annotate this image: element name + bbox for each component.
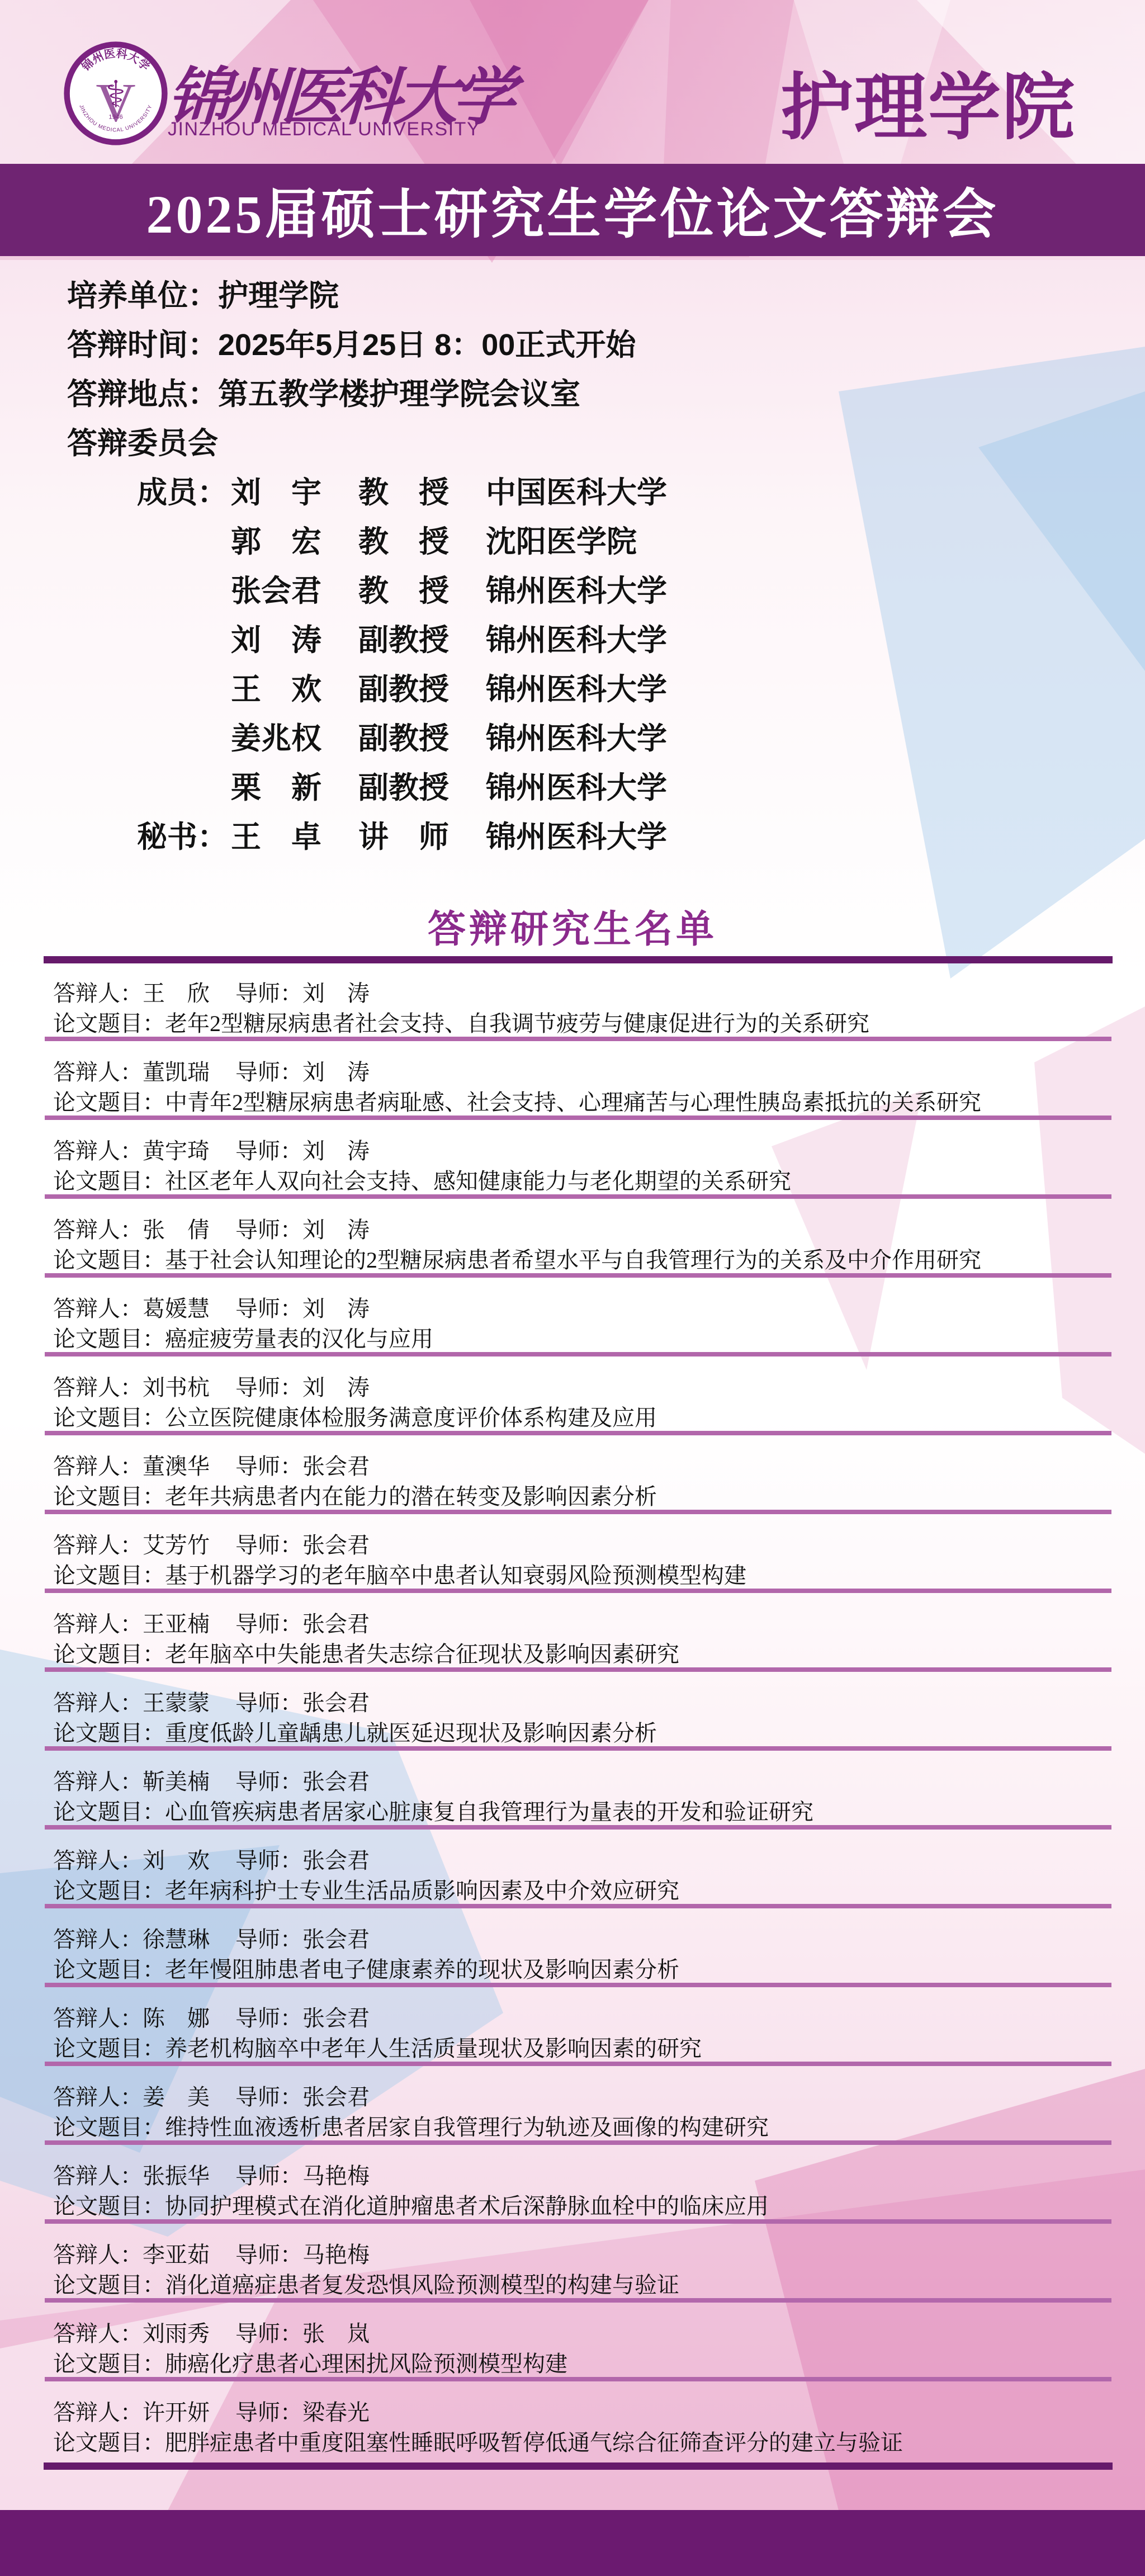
- event-title: 2025届硕士研究生学位论文答辩会: [146, 172, 999, 248]
- committee-member-name: 郭 宏: [231, 518, 327, 561]
- thesis-label: 论文题目：: [53, 2351, 165, 2376]
- advisor-name: 刘 涛: [302, 1370, 372, 1402]
- committee-role-label: 秘书：: [137, 813, 231, 856]
- thesis-title: 基于社会认知理论的2型糖尿病患者希望水平与自我管理行为的关系及中介作用研究: [165, 1247, 981, 1273]
- thesis-title: 基于机器学习的老年脑卒中患者认知衰弱风险预测模型构建: [165, 1563, 746, 1588]
- advisor-label: 导师：: [235, 1690, 302, 1715]
- entry-defender-line: 答辩人：葛媛慧导师：刘 涛: [53, 1291, 372, 1323]
- committee-row: 刘 涛副教授锦州医科大学: [137, 613, 1111, 662]
- defense-entry: 答辩人：董凯瑞导师：刘 涛 论文题目：中青年2型糖尿病患者病耻感、社会支持、心理…: [53, 1042, 1106, 1121]
- entry-defender-line: 答辩人：许开妍导师：梁春光: [53, 2395, 372, 2427]
- committee-member-title: 教 授: [358, 469, 455, 512]
- thesis-title: 心血管疾病患者居家心脏康复自我管理行为量表的开发和验证研究: [165, 1799, 813, 1825]
- thesis-title: 消化道癌症患者复发恐惧风险预测模型的构建与验证: [165, 2272, 679, 2298]
- info-label: 培养单位：: [67, 272, 218, 315]
- advisor-label: 导师：: [235, 1533, 302, 1558]
- thesis-label: 论文题目：: [53, 1957, 165, 1982]
- entry-thesis-line: 论文题目：老年病科护士专业生活品质影响因素及中介效应研究: [53, 1873, 679, 1905]
- defense-entry: 答辩人：艾芳竹导师：张会君 论文题目：基于机器学习的老年脑卒中患者认知衰弱风险预…: [53, 1515, 1106, 1594]
- defender-label: 答辩人：: [53, 2085, 143, 2110]
- committee-member-org: 锦州医科大学: [486, 764, 667, 807]
- thesis-title: 老年病科护士专业生活品质影响因素及中介效应研究: [165, 1878, 679, 1903]
- defense-entry: 答辩人：许开妍导师：梁春光 论文题目：肥胖症患者中重度阻塞性睡眠呼吸暂停低通气综…: [53, 2383, 1106, 2461]
- thesis-title: 协同护理模式在消化道肿瘤患者术后深静脉血栓中的临床应用: [165, 2194, 769, 2219]
- defender-name: 靳美楠: [143, 1764, 212, 1796]
- info-lines: 培养单位：护理学院 答辩时间：2025年5月25日 8：00正式开始 答辩地点：…: [67, 268, 1111, 465]
- entry-thesis-line: 论文题目：老年2型糖尿病患者社会支持、自我调节疲劳与健康促进行为的关系研究: [53, 1006, 869, 1038]
- committee-member-name: 刘 涛: [231, 616, 327, 659]
- caduceus-icon: ⚕: [106, 74, 126, 116]
- divider-thin: [45, 2219, 1111, 2224]
- defender-name: 徐慧琳: [143, 1922, 212, 1954]
- advisor-label: 导师：: [235, 1927, 302, 1952]
- divider-thin: [45, 1037, 1111, 1041]
- divider-thin: [45, 2377, 1111, 2381]
- thesis-title: 中青年2型糖尿病患者病耻感、社会支持、心理痛苦与心理性胰岛素抵抗的关系研究: [165, 1090, 981, 1115]
- advisor-label: 导师：: [235, 981, 302, 1006]
- defense-entry: 答辩人：李亚茹导师：马艳梅 论文题目：消化道癌症患者复发恐惧风险预测模型的构建与…: [53, 2225, 1106, 2304]
- committee-member-name: 栗 新: [231, 764, 327, 807]
- entry-thesis-line: 论文题目：基于机器学习的老年脑卒中患者认知衰弱风险预测模型构建: [53, 1558, 746, 1590]
- advisor-name: 梁春光: [302, 2395, 372, 2427]
- advisor-label: 导师：: [235, 2321, 302, 2346]
- advisor-label: 导师：: [235, 2006, 302, 2031]
- committee-member-org: 锦州医科大学: [486, 715, 667, 758]
- entry-defender-line: 答辩人：张振华导师：马艳梅: [53, 2158, 372, 2190]
- university-seal-logo: 锦州医科大学 JINZHOU MEDICAL UNIVERSITY V ⚕ 19…: [63, 40, 169, 146]
- entry-defender-line: 答辩人：董凯瑞导师：刘 涛: [53, 1055, 372, 1086]
- entry-thesis-line: 论文题目：癌症疲劳量表的汉化与应用: [53, 1321, 433, 1353]
- advisor-name: 马艳梅: [302, 2158, 372, 2190]
- thesis-title: 老年脑卒中失能患者失志综合征现状及影响因素研究: [165, 1642, 679, 1667]
- defender-label: 答辩人：: [53, 1848, 143, 1873]
- divider-thin: [45, 1431, 1111, 1435]
- committee-member-title: 副教授: [358, 616, 455, 659]
- thesis-title: 老年共病患者内在能力的潜在转变及影响因素分析: [165, 1484, 657, 1509]
- info-line: 培养单位：护理学院: [67, 268, 1111, 318]
- advisor-label: 导师：: [235, 2242, 302, 2267]
- defender-label: 答辩人：: [53, 2006, 143, 2031]
- advisor-label: 导师：: [235, 1848, 302, 1873]
- defender-label: 答辩人：: [53, 1927, 143, 1952]
- divider-thin: [45, 1983, 1111, 1987]
- committee-member-title: 教 授: [358, 567, 455, 610]
- divider-thin: [45, 1510, 1111, 1514]
- seal-year: 1946: [108, 114, 122, 121]
- defender-label: 答辩人：: [53, 2321, 143, 2346]
- defender-name: 刘书杭: [143, 1370, 212, 1402]
- defender-name: 王 欣: [143, 976, 212, 1008]
- entry-thesis-line: 论文题目：公立医院健康体检服务满意度评价体系构建及应用: [53, 1400, 657, 1432]
- defender-label: 答辩人：: [53, 1454, 143, 1479]
- committee-member-title: 副教授: [358, 715, 455, 758]
- thesis-title: 养老机构脑卒中老年人生活质量现状及影响因素的研究: [165, 2036, 702, 2061]
- advisor-name: 刘 涛: [302, 976, 372, 1008]
- advisor-name: 张会君: [302, 1764, 372, 1796]
- entry-thesis-line: 论文题目：心血管疾病患者居家心脏康复自我管理行为量表的开发和验证研究: [53, 1794, 813, 1826]
- defense-entry: 答辩人：刘书杭导师：刘 涛 论文题目：公立医院健康体检服务满意度评价体系构建及应…: [53, 1358, 1106, 1436]
- info-value: 2025年5月25日 8：00正式开始: [218, 321, 636, 364]
- info-section: 培养单位：护理学院 答辩时间：2025年5月25日 8：00正式开始 答辩地点：…: [67, 268, 1111, 859]
- advisor-name: 张 岚: [302, 2316, 372, 2348]
- defender-label: 答辩人：: [53, 1217, 143, 1242]
- defense-entry: 答辩人：徐慧琳导师：张会君 论文题目：老年慢阻肺患者电子健康素养的现状及影响因素…: [53, 1909, 1106, 1988]
- advisor-label: 导师：: [235, 1060, 302, 1085]
- thesis-label: 论文题目：: [53, 1011, 165, 1036]
- defender-name: 董凯瑞: [143, 1055, 212, 1086]
- committee-member-title: 讲 师: [358, 813, 455, 856]
- defense-entry: 答辩人：刘 欢导师：张会君 论文题目：老年病科护士专业生活品质影响因素及中介效应…: [53, 1831, 1106, 1909]
- entry-thesis-line: 论文题目：老年脑卒中失能患者失志综合征现状及影响因素研究: [53, 1637, 679, 1669]
- footer-bar: [0, 2510, 1145, 2576]
- advisor-name: 刘 涛: [302, 1291, 372, 1323]
- defense-entry: 答辩人：王 欣导师：刘 涛 论文题目：老年2型糖尿病患者社会支持、自我调节疲劳与…: [53, 963, 1106, 1042]
- entry-defender-line: 答辩人：刘雨秀导师：张 岚: [53, 2316, 372, 2348]
- entry-defender-line: 答辩人：刘 欢导师：张会君: [53, 1843, 372, 1875]
- committee-row: 郭 宏教 授沈阳医学院: [137, 514, 1111, 564]
- thesis-label: 论文题目：: [53, 2194, 165, 2219]
- divider-thin: [45, 1667, 1111, 1672]
- defender-name: 刘 欢: [143, 1843, 212, 1875]
- college-name: 护理学院: [780, 49, 1076, 154]
- thesis-label: 论文题目：: [53, 1799, 165, 1825]
- info-value: 护理学院: [218, 272, 339, 315]
- advisor-name: 张会君: [302, 1922, 372, 1954]
- entry-defender-line: 答辩人：李亚茹导师：马艳梅: [53, 2237, 372, 2269]
- defender-name: 李亚茹: [143, 2237, 212, 2269]
- defender-label: 答辩人：: [53, 1060, 143, 1085]
- info-value: 第五教学楼护理学院会议室: [218, 370, 580, 413]
- defender-label: 答辩人：: [53, 1611, 143, 1637]
- thesis-title: 肺癌化疗患者心理困扰风险预测模型构建: [165, 2351, 567, 2376]
- defender-name: 张 倩: [143, 1212, 212, 1244]
- thesis-title: 重度低龄儿童龋患儿就医延迟现状及影响因素分析: [165, 1721, 657, 1746]
- committee-member-org: 锦州医科大学: [486, 813, 667, 856]
- committee-member-title: 副教授: [358, 665, 455, 708]
- committee-row: 王 欢副教授锦州医科大学: [137, 662, 1111, 711]
- divider-thin: [45, 1589, 1111, 1593]
- entry-thesis-line: 论文题目：老年慢阻肺患者电子健康素养的现状及影响因素分析: [53, 1952, 679, 1984]
- entry-defender-line: 答辩人：刘书杭导师：刘 涛: [53, 1370, 372, 1402]
- entry-defender-line: 答辩人：黄宇琦导师：刘 涛: [53, 1133, 372, 1165]
- entry-defender-line: 答辩人：王亚楠导师：张会君: [53, 1606, 372, 1638]
- advisor-label: 导师：: [235, 2163, 302, 2189]
- thesis-title: 老年2型糖尿病患者社会支持、自我调节疲劳与健康促进行为的关系研究: [165, 1011, 869, 1036]
- thesis-title: 老年慢阻肺患者电子健康素养的现状及影响因素分析: [165, 1957, 679, 1982]
- divider-thin: [45, 1904, 1111, 1908]
- defense-poster: 锦州医科大学 JINZHOU MEDICAL UNIVERSITY V ⚕ 19…: [0, 0, 1145, 2576]
- defender-label: 答辩人：: [53, 2163, 143, 2189]
- entry-defender-line: 答辩人：王 欣导师：刘 涛: [53, 976, 372, 1008]
- thesis-title: 社区老年人双向社会支持、感知健康能力与老化期望的关系研究: [165, 1169, 791, 1194]
- defender-name: 王亚楠: [143, 1606, 212, 1638]
- defense-entry: 答辩人：刘雨秀导师：张 岚 论文题目：肺癌化疗患者心理困扰风险预测模型构建: [53, 2304, 1106, 2383]
- defender-name: 许开妍: [143, 2395, 212, 2427]
- thesis-label: 论文题目：: [53, 2115, 165, 2140]
- thesis-title: 维持性血液透析患者居家自我管理行为轨迹及画像的构建研究: [165, 2115, 769, 2140]
- divider-thin: [45, 1194, 1111, 1199]
- advisor-label: 导师：: [235, 1375, 302, 1400]
- entry-thesis-line: 论文题目：协同护理模式在消化道肿瘤患者术后深静脉血栓中的临床应用: [53, 2189, 769, 2220]
- entry-thesis-line: 论文题目：养老机构脑卒中老年人生活质量现状及影响因素的研究: [53, 2031, 702, 2063]
- advisor-name: 张会君: [302, 1843, 372, 1875]
- advisor-label: 导师：: [235, 2400, 302, 2425]
- committee-member-org: 锦州医科大学: [486, 665, 667, 708]
- entry-defender-line: 答辩人：姜 美导师：张会君: [53, 2079, 372, 2111]
- thesis-label: 论文题目：: [53, 1326, 165, 1351]
- defense-entry: 答辩人：陈 娜导师：张会君 论文题目：养老机构脑卒中老年人生活质量现状及影响因素…: [53, 1988, 1106, 2067]
- defender-name: 艾芳竹: [143, 1528, 212, 1559]
- thesis-title: 公立医院健康体检服务满意度评价体系构建及应用: [165, 1405, 657, 1430]
- defense-entries: 答辩人：王 欣导师：刘 涛 论文题目：老年2型糖尿病患者社会支持、自我调节疲劳与…: [53, 963, 1106, 2461]
- thesis-label: 论文题目：: [53, 1642, 165, 1667]
- defender-name: 陈 娜: [143, 2001, 212, 2033]
- defense-entry: 答辩人：董澳华导师：张会君 论文题目：老年共病患者内在能力的潜在转变及影响因素分…: [53, 1436, 1106, 1515]
- defense-entry: 答辩人：葛媛慧导师：刘 涛 论文题目：癌症疲劳量表的汉化与应用: [53, 1279, 1106, 1358]
- entry-defender-line: 答辩人：董澳华导师：张会君: [53, 1449, 372, 1481]
- defender-label: 答辩人：: [53, 981, 143, 1006]
- defense-entry: 答辩人：姜 美导师：张会君 论文题目：维持性血液透析患者居家自我管理行为轨迹及画…: [53, 2067, 1106, 2146]
- info-label: 答辩委员会: [67, 419, 218, 462]
- advisor-label: 导师：: [235, 2085, 302, 2110]
- divider-thin: [45, 1825, 1111, 1830]
- divider-thick-bottom: [44, 2462, 1113, 2470]
- advisor-label: 导师：: [235, 1769, 302, 1794]
- defender-label: 答辩人：: [53, 2242, 143, 2267]
- entry-thesis-line: 论文题目：重度低龄儿童龋患儿就医延迟现状及影响因素分析: [53, 1715, 657, 1747]
- defender-label: 答辩人：: [53, 1296, 143, 1321]
- committee-member-org: 锦州医科大学: [486, 567, 667, 610]
- entry-defender-line: 答辩人：王蒙蒙导师：张会君: [53, 1685, 372, 1717]
- info-line: 答辩时间：2025年5月25日 8：00正式开始: [67, 318, 1111, 367]
- advisor-name: 张会君: [302, 1449, 372, 1481]
- defender-name: 刘雨秀: [143, 2316, 212, 2348]
- thesis-label: 论文题目：: [53, 1721, 165, 1746]
- committee-member-title: 副教授: [358, 764, 455, 807]
- divider-thin: [45, 1352, 1111, 1356]
- thesis-label: 论文题目：: [53, 1484, 165, 1509]
- thesis-title: 肥胖症患者中重度阻塞性睡眠呼吸暂停低通气综合征筛查评分的建立与验证: [165, 2430, 903, 2455]
- defender-name: 王蒙蒙: [143, 1685, 212, 1717]
- advisor-name: 马艳梅: [302, 2237, 372, 2269]
- defense-entry: 答辩人：张 倩导师：刘 涛 论文题目：基于社会认知理论的2型糖尿病患者希望水平与…: [53, 1200, 1106, 1279]
- defender-name: 葛媛慧: [143, 1291, 212, 1323]
- entry-thesis-line: 论文题目：消化道癌症患者复发恐惧风险预测模型的构建与验证: [53, 2267, 679, 2299]
- defense-entry: 答辩人：王蒙蒙导师：张会君 论文题目：重度低龄儿童龋患儿就医延迟现状及影响因素分…: [53, 1673, 1106, 1752]
- committee-member-org: 中国医科大学: [486, 469, 667, 512]
- defense-entry: 答辩人：黄宇琦导师：刘 涛 论文题目：社区老年人双向社会支持、感知健康能力与老化…: [53, 1121, 1106, 1200]
- entry-thesis-line: 论文题目：社区老年人双向社会支持、感知健康能力与老化期望的关系研究: [53, 1164, 791, 1195]
- divider-thin: [45, 2140, 1111, 2145]
- entry-defender-line: 答辩人：陈 娜导师：张会君: [53, 2001, 372, 2033]
- committee-member-title: 教 授: [358, 518, 455, 561]
- info-line: 答辩地点：第五教学楼护理学院会议室: [67, 367, 1111, 416]
- thesis-label: 论文题目：: [53, 2430, 165, 2455]
- committee-member-org: 锦州医科大学: [486, 616, 667, 659]
- info-label: 答辩地点：: [67, 370, 218, 413]
- entry-thesis-line: 论文题目：中青年2型糖尿病患者病耻感、社会支持、心理痛苦与心理性胰岛素抵抗的关系…: [53, 1085, 981, 1117]
- advisor-name: 张会君: [302, 2079, 372, 2111]
- advisor-name: 张会君: [302, 1528, 372, 1559]
- info-line: 答辩委员会: [67, 416, 1111, 465]
- divider-thin: [45, 2298, 1111, 2303]
- defender-name: 姜 美: [143, 2079, 212, 2111]
- committee-member-name: 姜兆权: [231, 715, 327, 758]
- entry-defender-line: 答辩人：艾芳竹导师：张会君: [53, 1528, 372, 1559]
- advisor-name: 刘 涛: [302, 1055, 372, 1086]
- list-section-title: 答辩研究生名单: [0, 899, 1145, 953]
- title-banner: 2025届硕士研究生学位论文答辩会: [0, 164, 1145, 256]
- committee-row: 姜兆权副教授锦州医科大学: [137, 711, 1111, 760]
- defender-label: 答辩人：: [53, 2400, 143, 2425]
- info-label: 答辩时间：: [67, 321, 218, 364]
- entry-thesis-line: 论文题目：基于社会认知理论的2型糖尿病患者希望水平与自我管理行为的关系及中介作用…: [53, 1242, 981, 1274]
- committee-row: 栗 新副教授锦州医科大学: [137, 760, 1111, 810]
- defender-name: 董澳华: [143, 1449, 212, 1481]
- advisor-name: 张会君: [302, 2001, 372, 2033]
- committee-row: 成员：刘 宇教 授中国医科大学: [137, 465, 1111, 514]
- advisor-name: 张会君: [302, 1606, 372, 1638]
- defender-name: 张振华: [143, 2158, 212, 2190]
- divider-thin: [45, 1116, 1111, 1120]
- thesis-label: 论文题目：: [53, 1405, 165, 1430]
- defender-label: 答辩人：: [53, 1769, 143, 1794]
- defender-label: 答辩人：: [53, 1690, 143, 1715]
- defense-entry: 答辩人：王亚楠导师：张会君 论文题目：老年脑卒中失能患者失志综合征现状及影响因素…: [53, 1594, 1106, 1673]
- thesis-label: 论文题目：: [53, 1090, 165, 1115]
- entry-thesis-line: 论文题目：维持性血液透析患者居家自我管理行为轨迹及画像的构建研究: [53, 2110, 769, 2142]
- advisor-name: 刘 涛: [302, 1212, 372, 1244]
- committee-member-name: 张会君: [231, 567, 327, 610]
- committee-row: 张会君教 授锦州医科大学: [137, 564, 1111, 613]
- thesis-label: 论文题目：: [53, 2036, 165, 2061]
- university-name-en: JINZHOU MEDICAL UNIVERSITY: [168, 119, 480, 140]
- committee-member-name: 王 卓: [231, 813, 327, 856]
- committee-list: 成员：刘 宇教 授中国医科大学 郭 宏教 授沈阳医学院 张会君教 授锦州医科大学…: [137, 465, 1111, 859]
- advisor-label: 导师：: [235, 1296, 302, 1321]
- entry-thesis-line: 论文题目：肥胖症患者中重度阻塞性睡眠呼吸暂停低通气综合征筛查评分的建立与验证: [53, 2425, 903, 2457]
- defense-entry: 答辩人：靳美楠导师：张会君 论文题目：心血管疾病患者居家心脏康复自我管理行为量表…: [53, 1752, 1106, 1831]
- entry-thesis-line: 论文题目：肺癌化疗患者心理困扰风险预测模型构建: [53, 2346, 567, 2378]
- committee-role-label: 成员：: [137, 469, 231, 512]
- defender-label: 答辩人：: [53, 1138, 143, 1164]
- advisor-label: 导师：: [235, 1138, 302, 1164]
- defense-entry: 答辩人：张振华导师：马艳梅 论文题目：协同护理模式在消化道肿瘤患者术后深静脉血栓…: [53, 2146, 1106, 2225]
- divider-thin: [45, 1746, 1111, 1751]
- divider-thin: [45, 2062, 1111, 2066]
- entry-thesis-line: 论文题目：老年共病患者内在能力的潜在转变及影响因素分析: [53, 1479, 657, 1511]
- thesis-label: 论文题目：: [53, 2272, 165, 2298]
- defender-label: 答辩人：: [53, 1375, 143, 1400]
- advisor-name: 刘 涛: [302, 1133, 372, 1165]
- committee-member-name: 王 欢: [231, 665, 327, 708]
- defender-label: 答辩人：: [53, 1533, 143, 1558]
- entry-defender-line: 答辩人：张 倩导师：刘 涛: [53, 1212, 372, 1244]
- thesis-label: 论文题目：: [53, 1247, 165, 1273]
- divider-thick-top: [44, 956, 1113, 963]
- thesis-label: 论文题目：: [53, 1878, 165, 1903]
- advisor-label: 导师：: [235, 1217, 302, 1242]
- divider-thin: [45, 1273, 1111, 1278]
- entry-defender-line: 答辩人：靳美楠导师：张会君: [53, 1764, 372, 1796]
- thesis-label: 论文题目：: [53, 1169, 165, 1194]
- advisor-label: 导师：: [235, 1611, 302, 1637]
- committee-member-org: 沈阳医学院: [486, 518, 637, 561]
- advisor-label: 导师：: [235, 1454, 302, 1479]
- committee-member-name: 刘 宇: [231, 469, 327, 512]
- thesis-label: 论文题目：: [53, 1563, 165, 1588]
- entry-defender-line: 答辩人：徐慧琳导师：张会君: [53, 1922, 372, 1954]
- committee-row: 秘书：王 卓讲 师锦州医科大学: [137, 810, 1111, 859]
- thesis-title: 癌症疲劳量表的汉化与应用: [165, 1326, 433, 1351]
- defender-name: 黄宇琦: [143, 1133, 212, 1165]
- advisor-name: 张会君: [302, 1685, 372, 1717]
